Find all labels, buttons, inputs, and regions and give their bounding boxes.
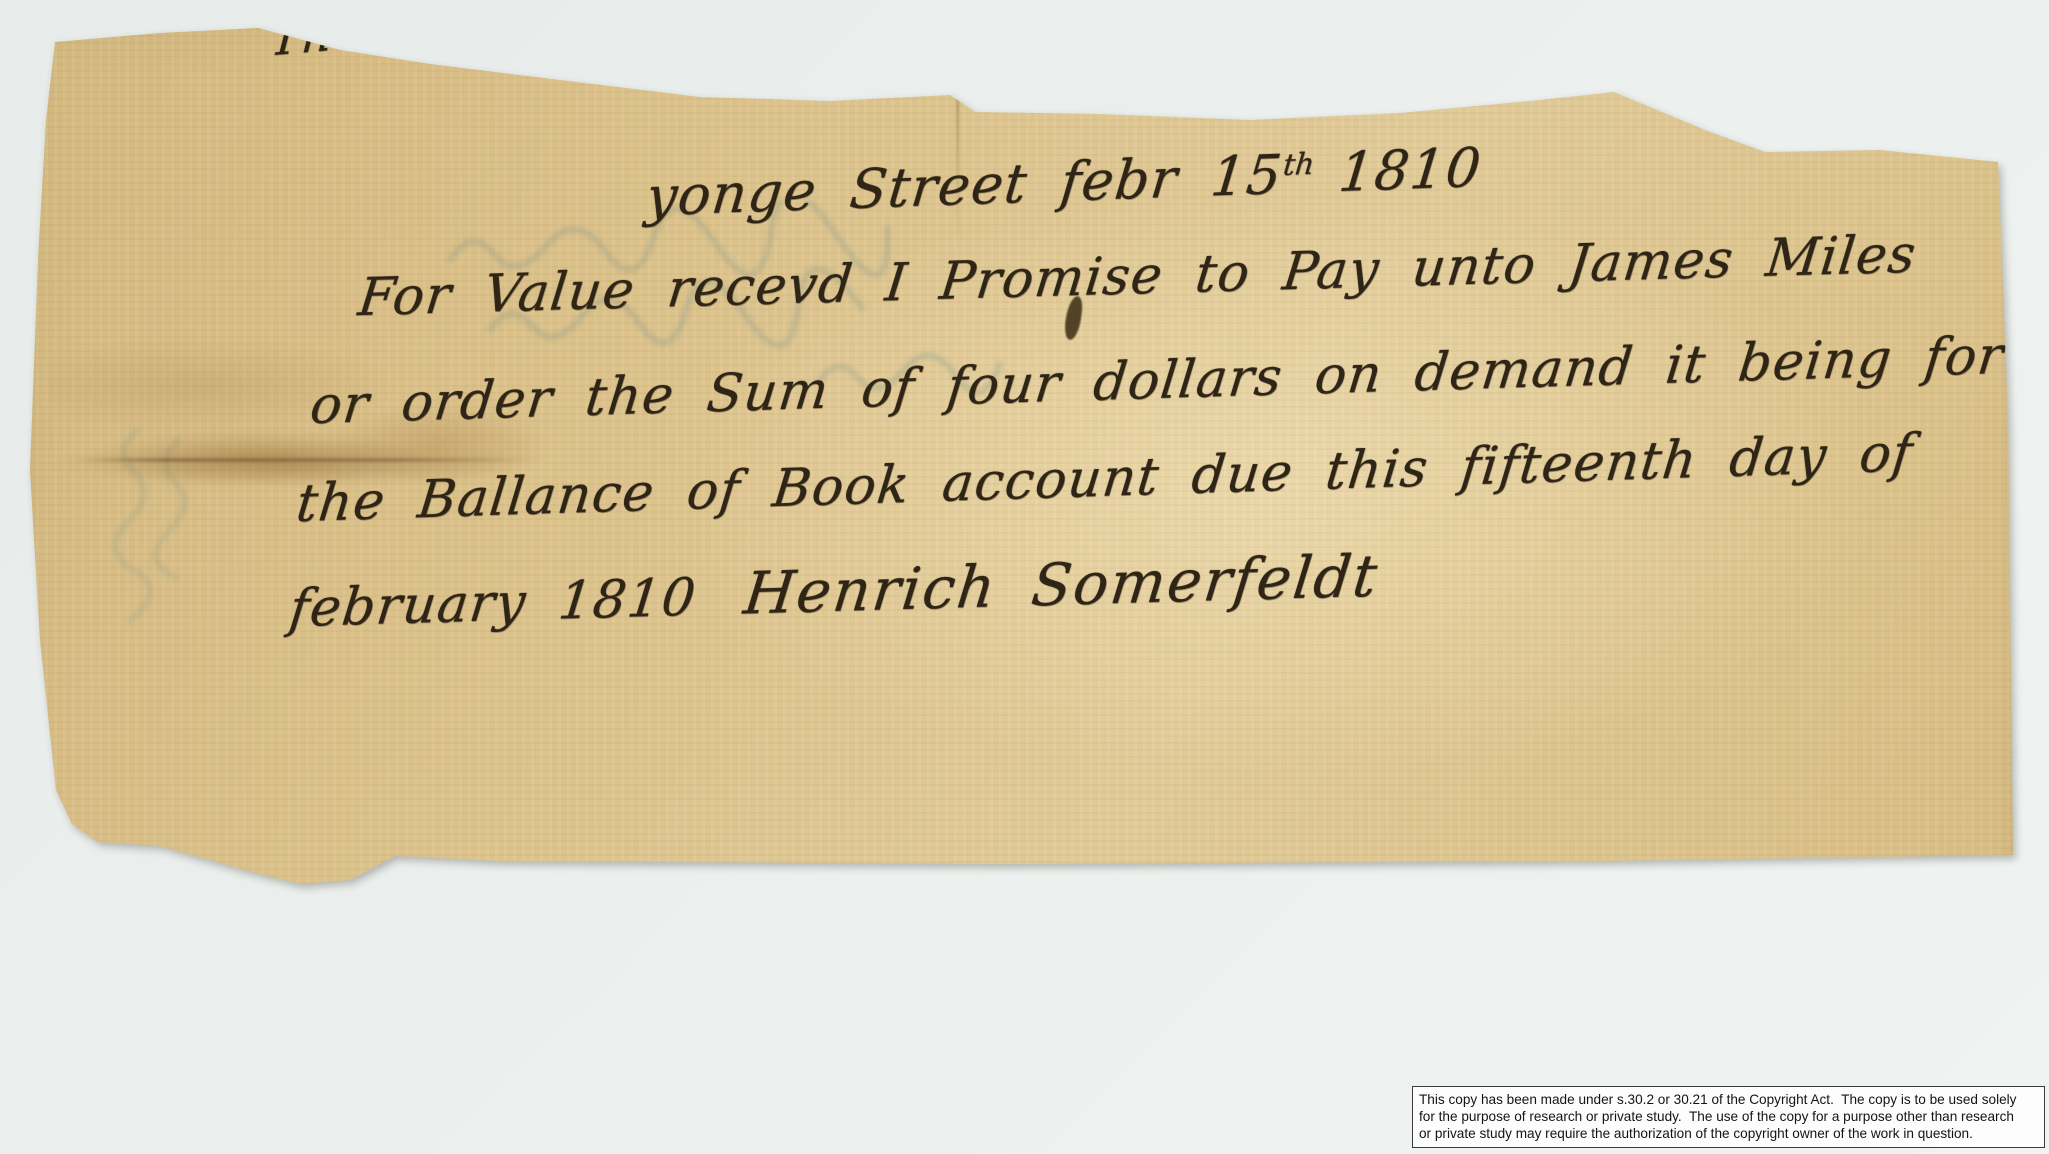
- dateline-ordinal: th: [1281, 147, 1316, 183]
- dateline-year: 1810: [1336, 136, 1485, 204]
- paper-shadow-wrap: The Bal yonge Street febr 15th1810 For V…: [0, 0, 2049, 1154]
- closing-date: february 1810: [286, 568, 699, 640]
- copyright-line: for the purpose of research or private s…: [1419, 1108, 2038, 1125]
- stain-core-line: [70, 458, 540, 462]
- scanner-background: The Bal yonge Street febr 15th1810 For V…: [0, 0, 2049, 1154]
- torn-top-handwriting: The Bal: [268, 0, 476, 68]
- copyright-notice: This copy has been made under s.30.2 or …: [1412, 1086, 2045, 1148]
- copyright-line: This copy has been made under s.30.2 or …: [1419, 1091, 2038, 1108]
- corner-crease: [1866, 66, 2004, 130]
- copyright-line: or private study may require the authori…: [1419, 1125, 2038, 1142]
- promissory-note-paper: The Bal yonge Street febr 15th1810 For V…: [0, 0, 2049, 1154]
